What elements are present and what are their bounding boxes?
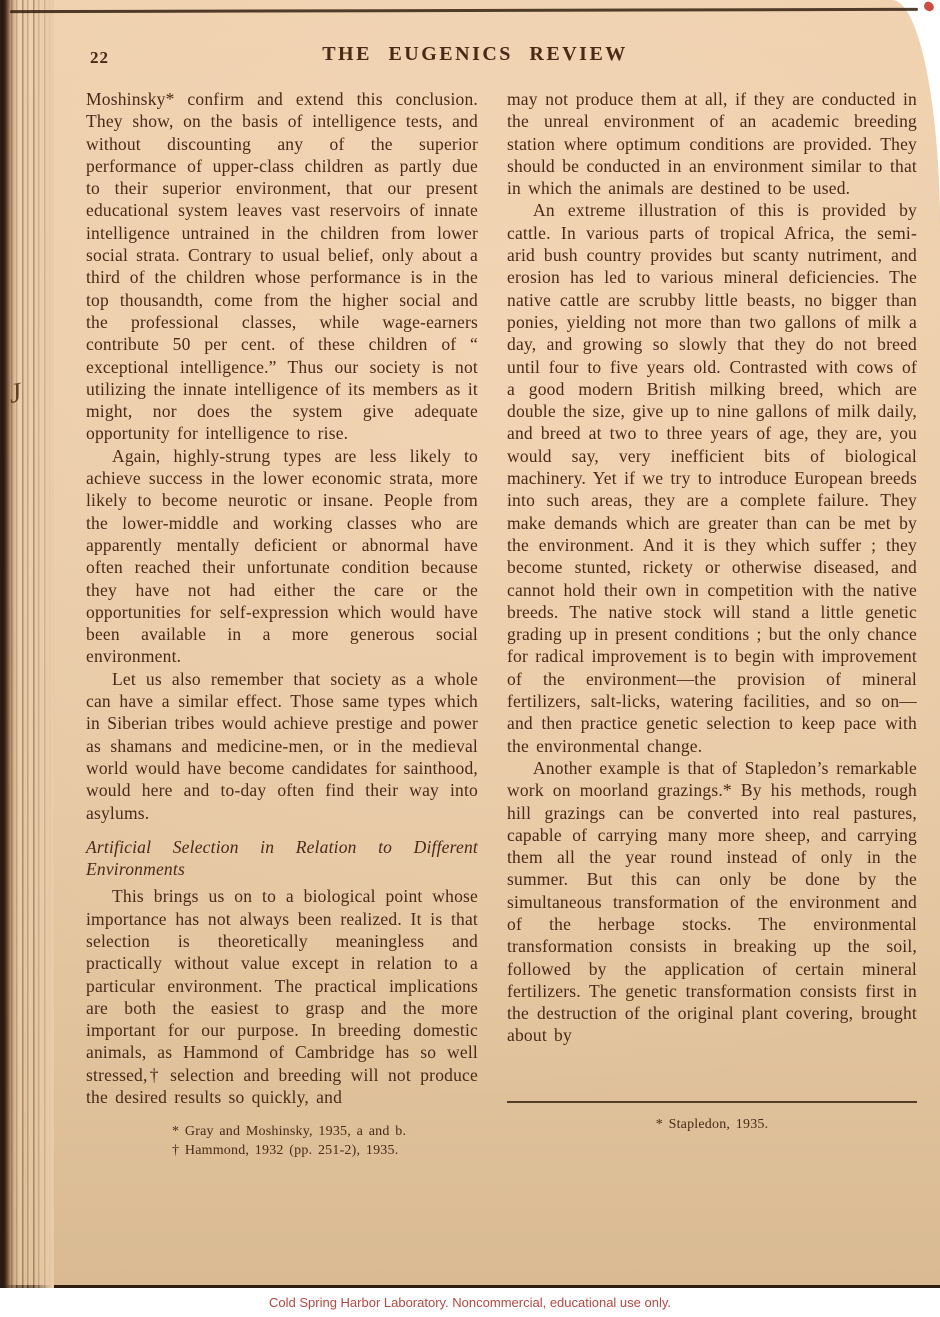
left-footnotes: * Gray and Moshinsky, 1935, a and b. † H…: [86, 1122, 478, 1160]
paragraph: Let us also remember that society as a w…: [86, 668, 478, 824]
paragraph: An extreme illustration of this is provi…: [507, 199, 917, 756]
page-top-edge: [10, 8, 918, 13]
section-heading: Artificial Selection in Relation to Diff…: [86, 836, 478, 881]
right-column: may not produce them at all, if they are…: [507, 88, 917, 1134]
book-spine: [0, 0, 54, 1288]
left-column: Moshinsky* confirm and extend this concl…: [86, 88, 478, 1160]
footnote: † Hammond, 1932 (pp. 251-2), 1935.: [172, 1141, 478, 1160]
footnote-rule: [507, 1101, 917, 1103]
paragraph: This brings us on to a biological point …: [86, 885, 478, 1108]
book-page: J 22 THE EUGENICS REVIEW Moshinsky* conf…: [0, 0, 940, 1288]
journal-title: THE EUGENICS REVIEW: [80, 43, 870, 66]
footnote: * Gray and Moshinsky, 1935, a and b.: [172, 1122, 478, 1141]
scanned-book-page: { "page": { "number": "22", "journal_tit…: [0, 0, 940, 1317]
paragraph: Another example is that of Stapledon’s r…: [507, 757, 917, 1047]
footnote: * Stapledon, 1935.: [507, 1115, 917, 1134]
paragraph: may not produce them at all, if they are…: [507, 88, 917, 199]
red-ink-mark: [923, 0, 936, 12]
scan-caption-strip: Cold Spring Harbor Laboratory. Noncommer…: [0, 1288, 940, 1317]
paragraph: Moshinsky* confirm and extend this concl…: [86, 88, 478, 445]
paragraph: Again, highly-strung types are less like…: [86, 445, 478, 668]
scan-caption: Cold Spring Harbor Laboratory. Noncommer…: [269, 1295, 671, 1310]
